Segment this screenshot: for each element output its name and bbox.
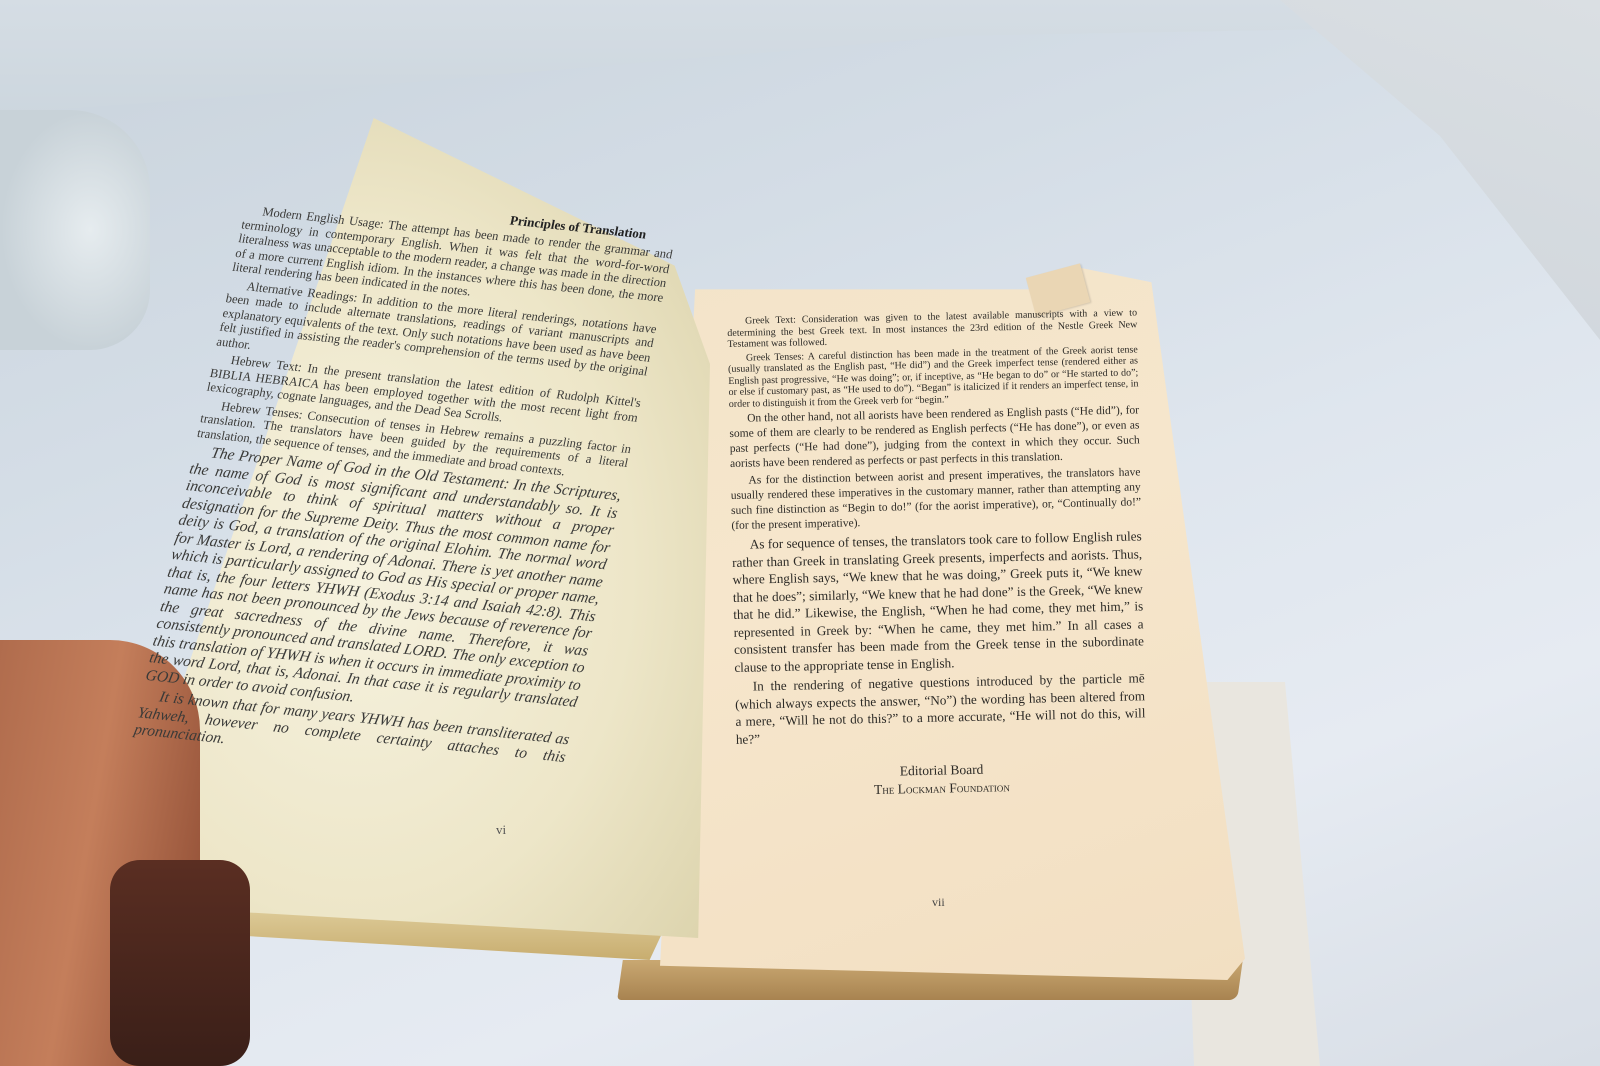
paragraph-sequence-of-tenses: As for sequence of tenses, the translato… [732,527,1145,676]
paragraph-greek-tenses: Greek Tenses: A careful distinction has … [728,344,1139,410]
background-cloth-right [1200,0,1600,340]
paragraph-aorists: On the other hand, not all aorists have … [729,403,1140,472]
paragraph-greek-text: Greek Text: Consideration was given to t… [727,307,1138,350]
paragraph-proper-name-of-god: The Proper Name of God in the Old Testam… [144,443,623,729]
paragraph-negative-questions: In the rendering of negative questions i… [735,669,1146,748]
hand-shadow [110,860,250,1066]
paragraph-imperatives: As for the distinction between aorist an… [730,465,1141,534]
page-number-right: vii [932,895,945,910]
page-number-left: vi [496,822,506,838]
right-page-text: Greek Text: Consideration was given to t… [727,307,1147,801]
cloth-fold [0,110,150,350]
